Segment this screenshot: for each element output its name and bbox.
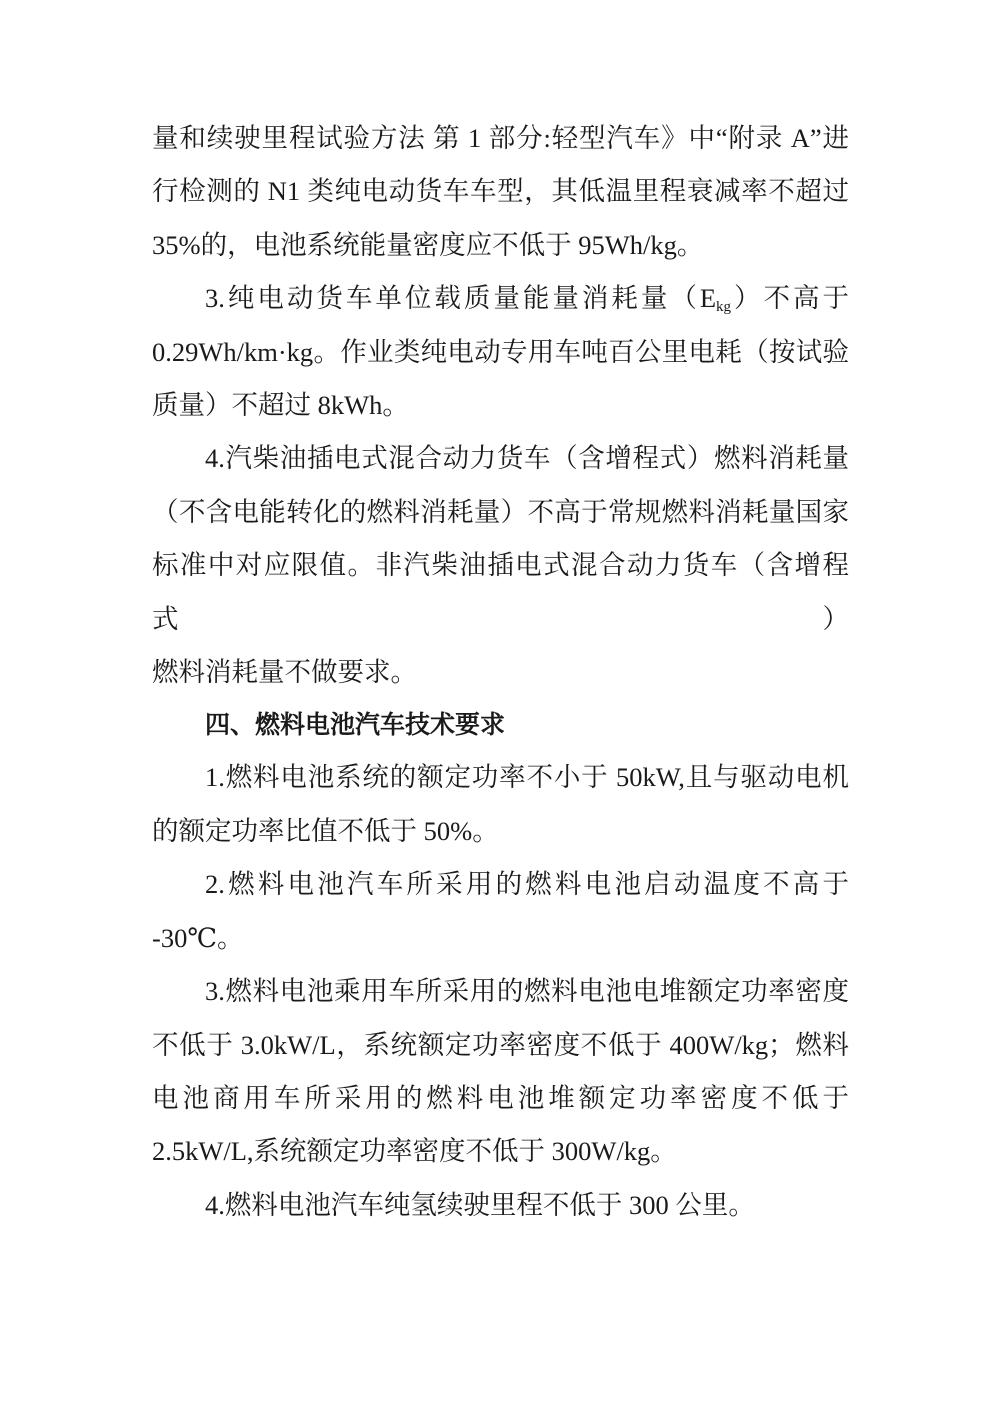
fuel-cell-item-2: 2.燃料电池汽车所采用的燃料电池启动温度不高于 -30℃。 <box>152 858 849 965</box>
document-page: 量和续驶里程试验方法 第 1 部分:轻型汽车》中“附录 A”进 行检测的 N1 … <box>152 112 849 1232</box>
text-line: 量和续驶里程试验方法 第 1 部分:轻型汽车》中“附录 A”进 <box>152 112 849 165</box>
text-line: 4.燃料电池汽车纯氢续驶里程不低于 300 公里。 <box>152 1179 849 1232</box>
text-fragment: 3.纯电动货车单位载质量能量消耗量（E <box>205 283 716 313</box>
fuel-cell-item-1: 1.燃料电池系统的额定功率不小于 50kW,且与驱动电机 的额定功率比值不低于 … <box>152 751 849 858</box>
text-line: 不低于 3.0kW/L，系统额定功率密度不低于 400W/kg；燃料 <box>152 1019 849 1072</box>
text-line: 质量）不超过 8kWh。 <box>152 379 849 432</box>
fuel-cell-item-3: 3.燃料电池乘用车所采用的燃料电池电堆额定功率密度 不低于 3.0kW/L，系统… <box>152 965 849 1179</box>
text-line: 4.汽柴油插电式混合动力货车（含增程式）燃料消耗量 <box>152 432 849 485</box>
text-fragment: ）不高于 <box>731 283 849 313</box>
text-line: -30℃。 <box>152 912 849 965</box>
text-line: 的额定功率比值不低于 50%。 <box>152 805 849 858</box>
paragraph-item-3: 3.纯电动货车单位载质量能量消耗量（Ekg）不高于 0.29Wh/km·kg。作… <box>152 272 849 432</box>
text-line: 2.燃料电池汽车所采用的燃料电池启动温度不高于 <box>152 858 849 911</box>
fuel-cell-item-4: 4.燃料电池汽车纯氢续驶里程不低于 300 公里。 <box>152 1179 849 1232</box>
section-heading: 四、燃料电池汽车技术要求 <box>152 701 849 749</box>
text-line: 电池商用车所采用的燃料电池堆额定功率密度不低于 <box>152 1072 849 1125</box>
text-line: （不含电能转化的燃料消耗量）不高于常规燃料消耗量国家 <box>152 486 849 539</box>
text-line: 1.燃料电池系统的额定功率不小于 50kW,且与驱动电机 <box>152 751 849 804</box>
subscript-kg: kg <box>716 299 731 315</box>
text-line: 35%的，电池系统能量密度应不低于 95Wh/kg。 <box>152 219 849 272</box>
text-line: 3.纯电动货车单位载质量能量消耗量（Ekg）不高于 <box>152 272 849 325</box>
paragraph-item-4: 4.汽柴油插电式混合动力货车（含增程式）燃料消耗量 （不含电能转化的燃料消耗量）… <box>152 432 849 699</box>
text-line: 标准中对应限值。非汽柴油插电式混合动力货车（含增程式） <box>152 539 849 646</box>
text-line: 0.29Wh/km·kg。作业类纯电动专用车吨百公里电耗（按试验 <box>152 326 849 379</box>
paragraph-continuation: 量和续驶里程试验方法 第 1 部分:轻型汽车》中“附录 A”进 行检测的 N1 … <box>152 112 849 272</box>
text-line: 3.燃料电池乘用车所采用的燃料电池电堆额定功率密度 <box>152 965 849 1018</box>
text-line: 燃料消耗量不做要求。 <box>152 646 849 699</box>
text-line: 2.5kW/L,系统额定功率密度不低于 300W/kg。 <box>152 1125 849 1178</box>
text-line: 行检测的 N1 类纯电动货车车型，其低温里程衰减率不超过 <box>152 165 849 218</box>
